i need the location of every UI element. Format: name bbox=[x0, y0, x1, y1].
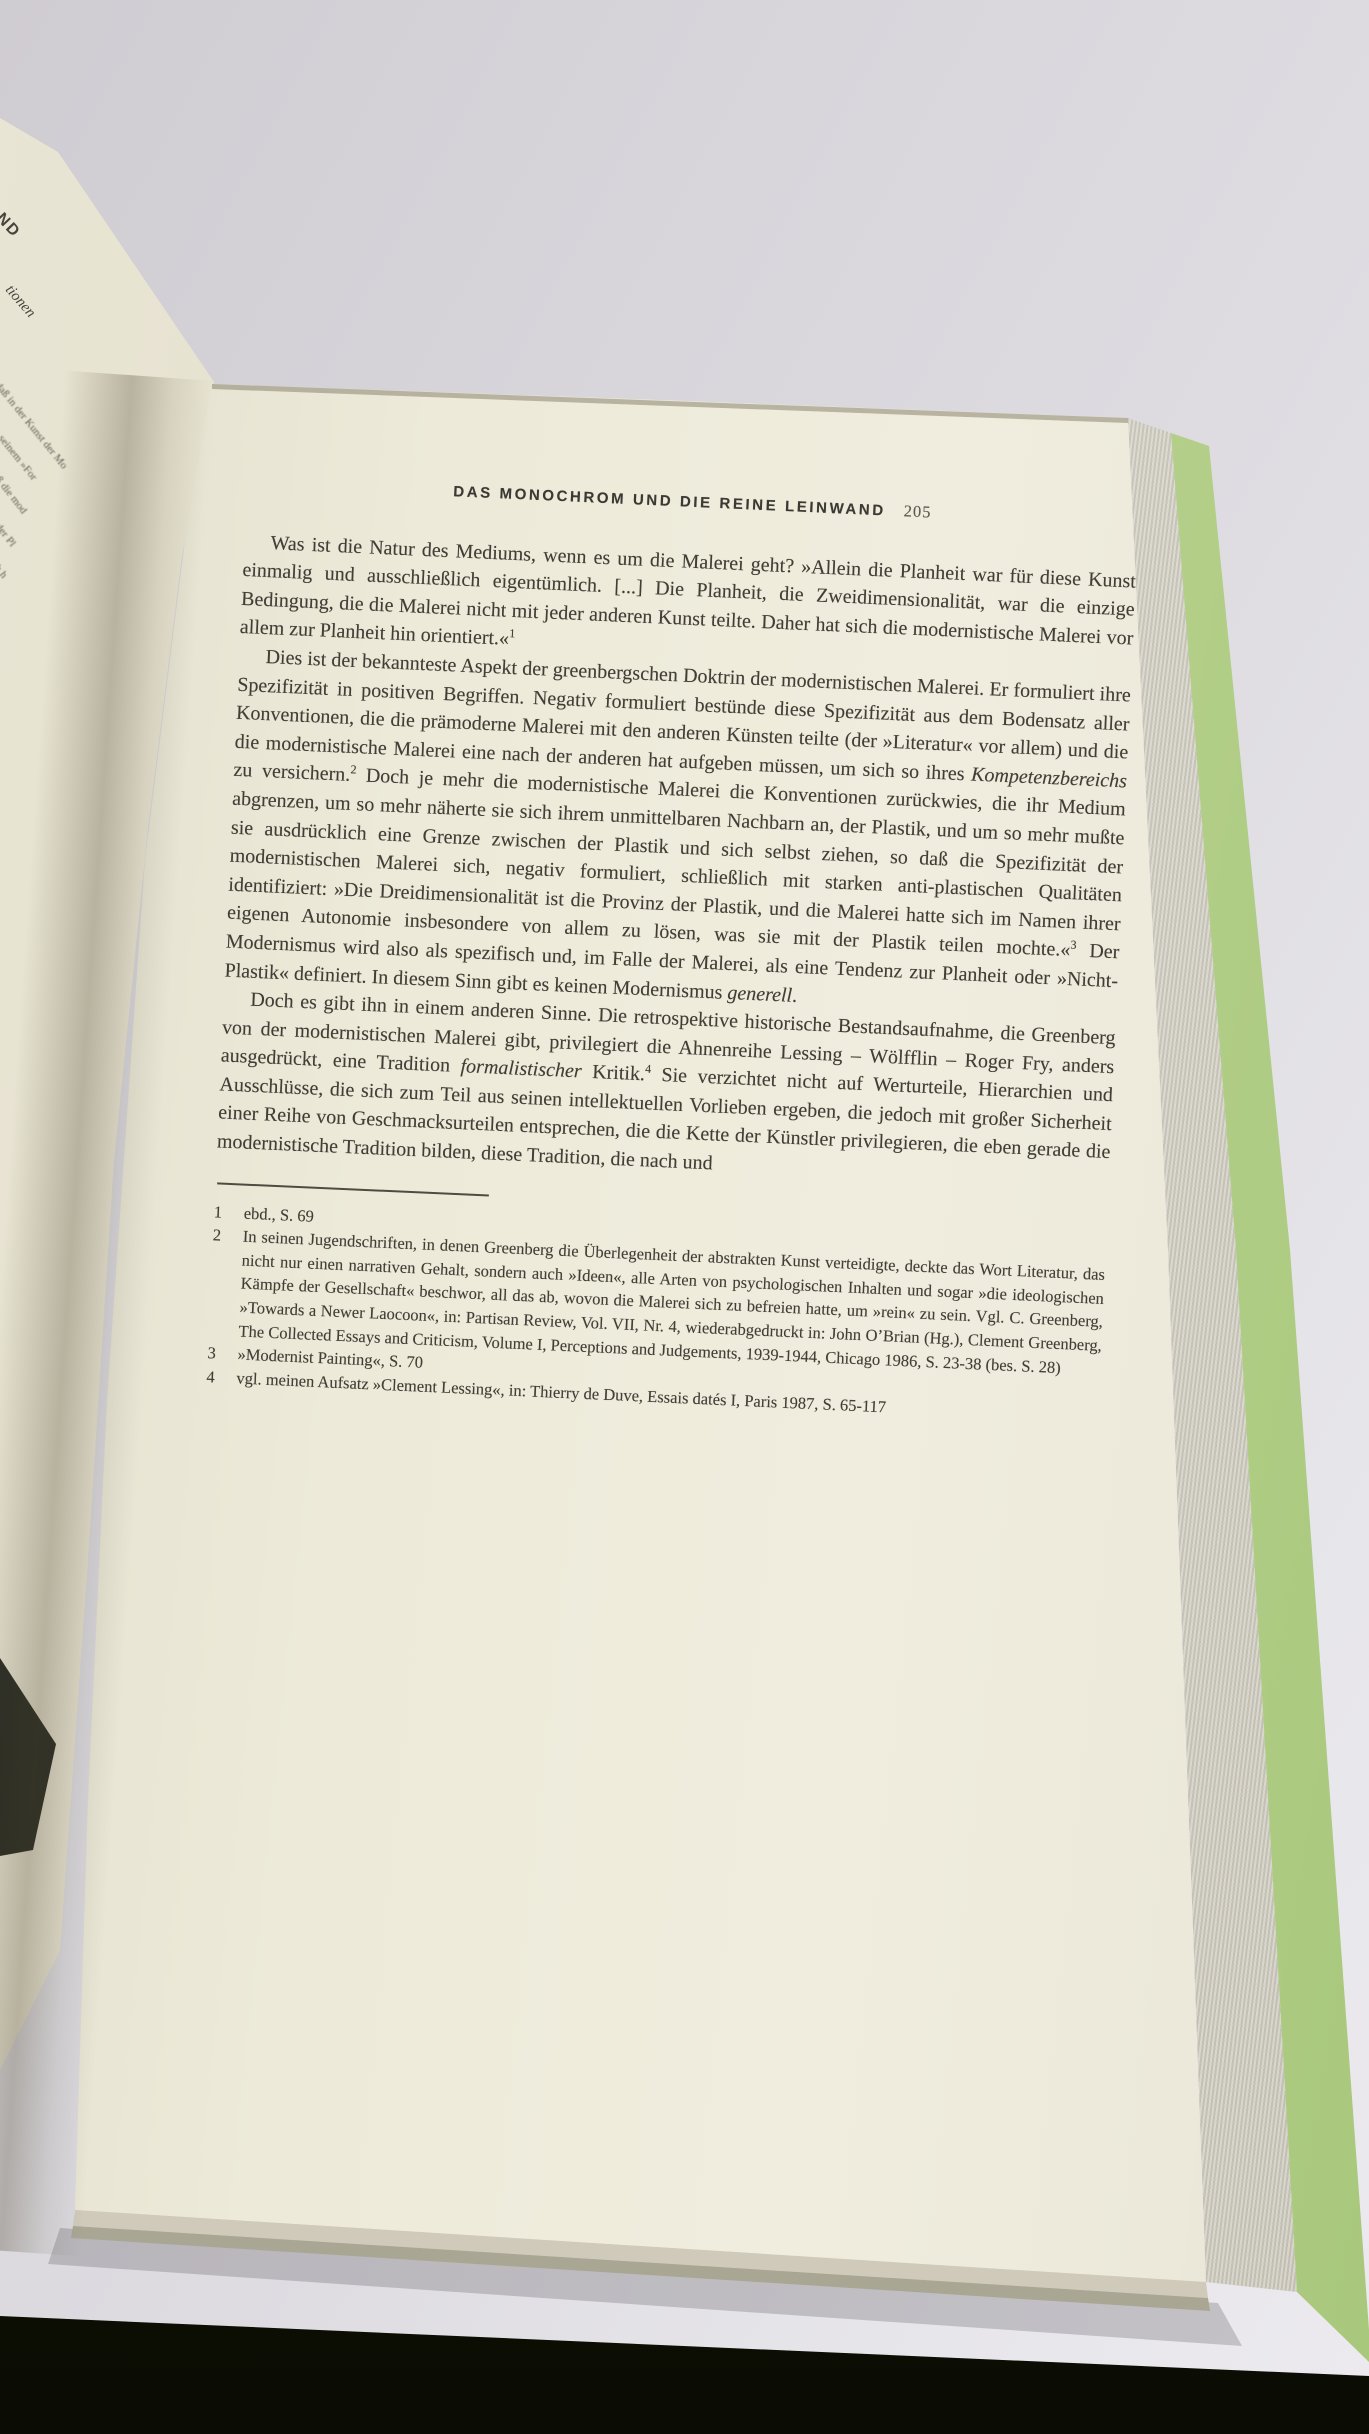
text-run: Was ist die Natur des Mediums, wenn es u… bbox=[239, 532, 1136, 650]
text-run: . bbox=[792, 984, 798, 1006]
left-page-text-fragment: Doch h bbox=[0, 548, 10, 581]
running-head-title: DAS MONOCHROM UND DIE REINE LEINWAND bbox=[453, 478, 887, 526]
page-header: DAS MONOCHROM UND DIE REINE LEINWAND 205 bbox=[246, 468, 1139, 537]
left-page-text-fragment: tionen bbox=[1, 282, 38, 321]
book-photo: ANDtionendaß in der Kunst der Moin seine… bbox=[0, 0, 1369, 2434]
paragraph: Dies ist der bekannteste Aspekt der gree… bbox=[224, 642, 1131, 1025]
text-run: Kritik. bbox=[581, 1061, 645, 1086]
page-text-block: DAS MONOCHROM UND DIE REINE LEINWAND 205… bbox=[206, 468, 1139, 1428]
page-number: 205 bbox=[903, 497, 932, 527]
footnote-reference: 1 bbox=[509, 627, 516, 641]
body-paragraphs: Was ist die Natur des Mediums, wenn es u… bbox=[216, 528, 1136, 1196]
footnote-number: 1 bbox=[213, 1200, 244, 1225]
italic-text: formalistischer bbox=[460, 1055, 582, 1082]
italic-text: Kompetenzbereichs bbox=[971, 763, 1128, 792]
italic-text: generell bbox=[727, 981, 793, 1006]
footnote-number: 4 bbox=[206, 1365, 237, 1390]
left-page-text-fragment: AND bbox=[0, 200, 24, 242]
text-run: Doch je mehr die modernistische Malerei … bbox=[227, 765, 1126, 962]
text-run: ebd., S. 69 bbox=[243, 1203, 314, 1225]
text-run: zu versichern. bbox=[233, 759, 351, 786]
footnote-number: 3 bbox=[207, 1341, 238, 1366]
text-run: Sie verzichtet nicht auf Werturteile, Hi… bbox=[217, 1064, 1114, 1175]
footnote-list: 1ebd., S. 692In seinen Jugendschriften, … bbox=[206, 1200, 1107, 1428]
footnote-separator bbox=[217, 1182, 489, 1196]
